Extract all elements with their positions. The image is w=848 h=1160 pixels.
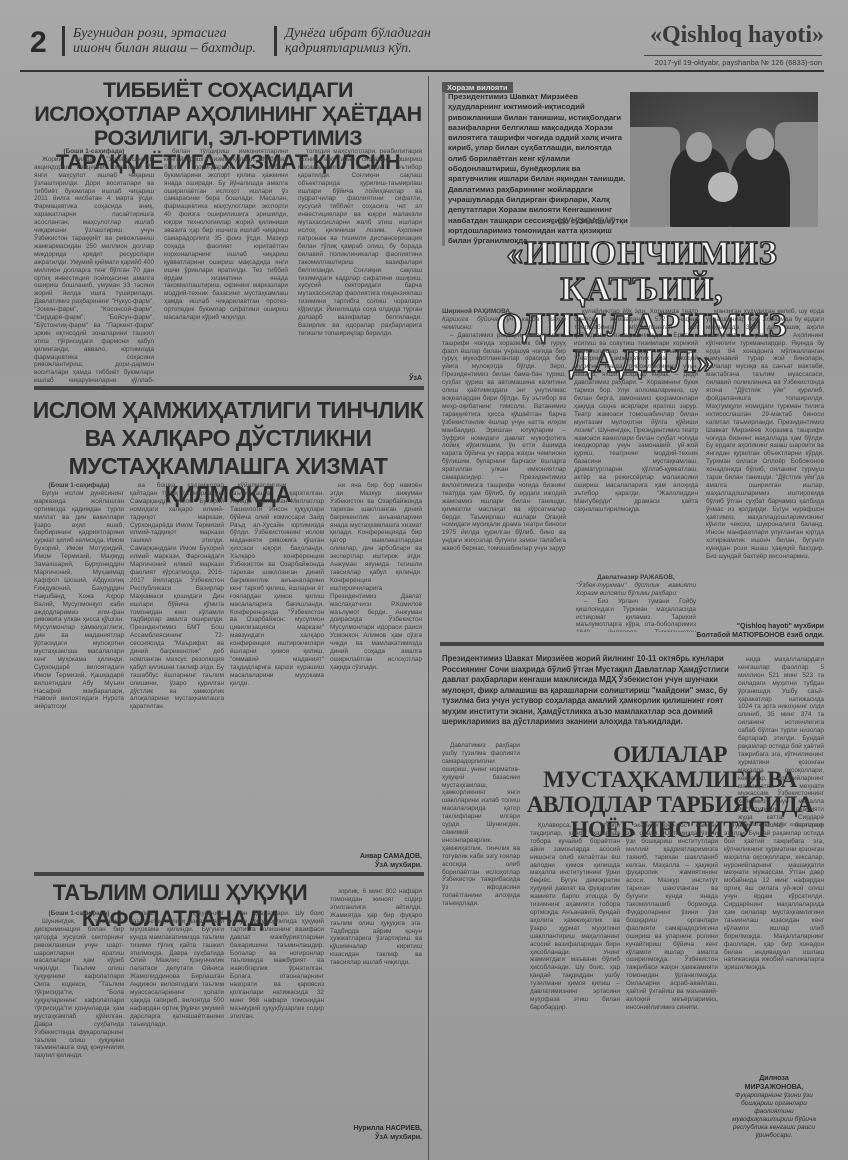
article-text: Жорий йилда "Узфармсаноат" акциядорлик к… [34, 156, 154, 388]
article-text: қўйилмаслигини таъминлашга қаратилган. Я… [230, 482, 324, 688]
education-column-3: ган давлатлари. Шу боис қонун ижодкорлиг… [230, 910, 324, 1160]
khorezm-second-author: Давлатназир РАЖАБОВ, "Ўзбек-туркман" дўс… [576, 574, 696, 632]
section-divider [440, 642, 824, 646]
article-text: олиш ҳуқуқининг таъминланганлиги масалал… [130, 910, 224, 1029]
education-column-2: олиш ҳуқуқининг таъминланганлиги масалал… [130, 910, 224, 1160]
slogan-right: Дунёга ибрат бўладиган қадриятларимиз кў… [274, 26, 454, 56]
family-lead: Президентимиз Шавкат Мирзиёев жорий йилн… [442, 654, 732, 728]
family-column-1: Давлатимиз раҳбари ушбу тузилма фаолияти… [442, 742, 520, 1152]
article-text: Қолаверса, турли тақдирлар, хавфу хатарл… [530, 822, 620, 1012]
photo-face-left [686, 132, 712, 162]
author-role: Фуқароларнинг ўзини ўзи бошқариш органла… [724, 1092, 824, 1140]
author-role: "Ўзбек-туркман" дўстлик жамияти Хоразм в… [576, 582, 696, 597]
family-column-3: эканини рўй-рост намоён эта олади. Юртим… [626, 822, 718, 1152]
article-text: зорлик, 6 минг 802 нафари томонидан жино… [330, 888, 422, 967]
islam-column-2: ва бошқа қадамжолар қайтадан тўлиқ таъми… [130, 482, 224, 872]
article-text: Бугун ислом дунёсининг марказида жойлашг… [34, 490, 124, 711]
article-text: манзиган худудидан келиб, шу ерда ўрнашг… [706, 308, 824, 561]
masthead: 2 Бугунидан рози, эртасига ишонч билан я… [0, 0, 848, 72]
credit-paper: "Qishloq hayoti" мухбири [690, 622, 824, 631]
author-first-name: Дилноза [724, 1074, 824, 1083]
family-column-2: Қолаверса, турли тақдирлар, хавфу хатарл… [530, 822, 620, 1152]
page-number: 2 [30, 26, 47, 60]
author-name: Нурилла НАСРИЕВ, [320, 1124, 422, 1133]
khorezm-column-3: манзиган худудидан келиб, шу ерда ўрнашг… [706, 308, 824, 594]
article-text: – Биз Урганч тумани Гойбу қишлоғидаги Ту… [576, 598, 696, 632]
family-byline: Дилноза МИРЗАЖОНОВА, Фуқароларнинг ўзини… [724, 1074, 824, 1140]
section-divider [34, 872, 424, 876]
healthcare-column-3: толидия маҳсулотлари, реабилитация техни… [298, 148, 422, 373]
newspaper-page: 2 Бугунидан рози, эртасига ишонч билан я… [0, 0, 848, 1160]
credit-name: Болтабой МАТЮРБОНОВ ёзиб олди. [690, 631, 824, 640]
article-text: ни яна бир бор намоён этди. Мазкур анжум… [330, 482, 422, 672]
continued-note: (Боши 1-саҳифада) [34, 482, 124, 490]
article-text: билан тўлдириш имкониятларини кенгайтири… [164, 148, 288, 322]
khorezm-credit: "Qishloq hayoti" мухбири Болтабой МАТЮРБ… [690, 622, 824, 640]
article-text: эканини рўй-рост намоён эта олади. Юртим… [626, 822, 718, 1012]
photo-flowers [708, 172, 738, 202]
family-column-4: турли низолар бартараф этилди. Бундай ра… [724, 822, 824, 1042]
article-text: қулайликлар йўқ эди. Хоразмда театр бино… [574, 308, 698, 514]
article-text: Шунингдек, таълимда дискриминация билан … [34, 918, 124, 1060]
author-name: Шириной РАҲИМОВА, [442, 308, 512, 315]
section-label-text: МУНОСАБАТ [558, 216, 615, 226]
education-column-4: зорлик, 6 минг 802 нафари томонидан жино… [330, 888, 422, 1118]
article-text: – Давлатимиз раҳбари вилоятимизга ташриф… [442, 332, 566, 553]
issue-line: 2017-yil 19-oktyabr, payshanba № 126 (68… [644, 55, 822, 67]
education-column-1: (Боши 1-саҳифада) Шунингдек, таълимда ди… [34, 910, 124, 1160]
healthcare-column-1: (Боши 1-саҳифада) Жорий йилда "Узфармсан… [34, 148, 154, 388]
author-name: Давлатназир РАЖАБОВ, [576, 574, 696, 582]
section-label: ↘ МУНОСАБАТ [548, 216, 615, 227]
khorezm-column-1: Шириной РАҲИМОВА, Қаршига бўйича уч карр… [442, 308, 566, 556]
continued-note: (Боши 1-саҳифада) [34, 148, 154, 156]
author-role: ЎзА мухбири. [320, 861, 422, 870]
author-name: МИРЗАЖОНОВА, [724, 1083, 824, 1092]
islam-column-3: қўйилмаслигини таъминлашга қаратилган. Я… [230, 482, 324, 872]
education-byline: Нурилла НАСРИЕВ, ЎзА мухбири. [320, 1124, 422, 1142]
column-divider [428, 76, 429, 1160]
article-text: ган давлатлари. Шу боис қонун ижодкорлиг… [230, 910, 324, 1021]
khorezm-column-2: қулайликлар йўқ эди. Хоразмда театр бино… [574, 308, 698, 556]
section-divider [34, 386, 424, 390]
slogan-left: Бугунидан рози, эртасига ишонч билан яша… [62, 26, 262, 56]
masthead-rule [20, 70, 824, 72]
president-photo [630, 92, 818, 227]
article-text: турли низолар бартараф этилди. Бундай ра… [724, 822, 824, 972]
healthcare-column-2: билан тўлдириш имкониятларини кенгайтири… [164, 148, 288, 388]
islam-column-4: ни яна бир бор намоён этди. Мазкур анжум… [330, 482, 422, 822]
author-role: ЎзА мухбири. [320, 1133, 422, 1142]
article-text: Давлатимиз раҳбари ушбу тузилма фаолияти… [442, 742, 520, 908]
photo-face-right [746, 128, 774, 160]
article-text: ва бошқа қадамжолар қайтадан тўлиқ таъми… [130, 482, 224, 711]
islam-byline: Анвар САМАДОВ, ЎзА мухбири. [320, 852, 422, 870]
healthcare-source: ЎзА [380, 374, 422, 383]
islam-column-1: (Боши 1-саҳифада) Бугун ислом дунёсининг… [34, 482, 124, 872]
continued-note: (Боши 1-саҳифада) [34, 910, 124, 918]
newspaper-title: «Qishloq hayoti» [650, 22, 824, 49]
author-role: Қаршига бўйича уч карра жаҳон чемпиони: [442, 316, 566, 331]
article-text: толидия маҳсулотлари, реабилитация техни… [298, 148, 422, 338]
arrow-icon: ↘ [548, 216, 558, 226]
author-name: Анвар САМАДОВ, [320, 852, 422, 861]
